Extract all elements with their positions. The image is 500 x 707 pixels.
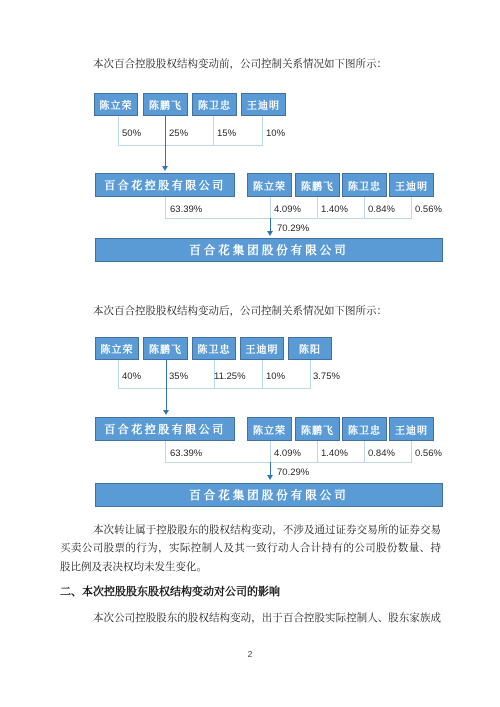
connector-line (165, 218, 412, 219)
ownership-pct-label: 25% (169, 128, 188, 139)
connector-line (270, 462, 271, 476)
intro-before-text: 本次百合控股股权结构变动前，公司控制关系情况如下图所示： (60, 57, 441, 72)
org-box-direct-holder-4: 王迪明 (389, 417, 434, 441)
ownership-pct-label: 10% (266, 371, 285, 382)
ownership-pct-label: 0.84% (368, 448, 395, 459)
org-box-shareholder-4: 王迪明 (240, 337, 284, 360)
ownership-pct-label: 4.09% (274, 448, 301, 459)
connector-line (165, 116, 166, 167)
org-box-shareholder-3: 陈卫忠 (192, 337, 236, 360)
connector-line (118, 388, 311, 389)
document-page: 本次百合控股股权结构变动前，公司控制关系情况如下图所示： 陈立荣 陈鹏飞 陈卫忠… (0, 0, 500, 707)
org-box-shareholder-2: 陈鹏飞 (143, 93, 188, 116)
ownership-pct-label: 1.40% (321, 448, 348, 459)
connector-line (364, 441, 365, 462)
paragraph-line: 本次公司控股股东的股权结构变动，出于百合控股实际控制人、股东家族成 (60, 611, 441, 626)
down-arrow-icon (162, 166, 168, 171)
org-box-holding-company: 百合花控股有限公司 (95, 173, 235, 197)
connector-line (118, 360, 119, 388)
paragraph-line: 买卖公司股票的行为，实际控制人及其一致行动人合计持有的公司股份数量、持 (60, 541, 441, 556)
org-box-direct-holder-2: 陈鹏飞 (295, 173, 340, 197)
connector-line (270, 218, 271, 232)
ownership-pct-label: 0.56% (415, 204, 442, 215)
ownership-pct-label: 63.39% (170, 204, 202, 215)
connector-line (262, 360, 263, 388)
ownership-pct-label: 0.84% (368, 204, 395, 215)
total-pct-label: 70.29% (277, 467, 309, 478)
org-box-listed-company: 百合花集团股份有限公司 (95, 238, 443, 262)
connector-line (310, 360, 311, 388)
intro-after-text: 本次百合控股股权结构变动后，公司控制关系情况如下图所示： (60, 304, 441, 319)
ownership-pct-label: 4.09% (274, 204, 301, 215)
ownership-pct-label: 40% (122, 371, 141, 382)
connector-line (270, 197, 271, 218)
org-box-listed-company: 百合花集团股份有限公司 (95, 483, 443, 507)
ownership-pct-label: 11.25% (214, 371, 246, 382)
ownership-pct-label: 3.75% (313, 371, 340, 382)
ownership-pct-label: 50% (122, 128, 141, 139)
org-box-direct-holder-3: 陈卫忠 (342, 417, 387, 441)
connector-line (118, 145, 263, 146)
connector-line (166, 360, 167, 411)
connector-line (317, 197, 318, 218)
org-box-direct-holder-2: 陈鹏飞 (295, 417, 340, 441)
org-box-shareholder-5: 陈阳 (288, 337, 332, 360)
org-box-shareholder-1: 陈立荣 (94, 93, 138, 116)
connector-line (165, 462, 412, 463)
down-arrow-icon (267, 475, 273, 480)
ownership-pct-label: 35% (169, 371, 188, 382)
total-pct-label: 70.29% (277, 223, 309, 234)
paragraph-line: 本次转让属于控股股东的股权结构变动，不涉及通过证券交易所的证券交易 (60, 523, 441, 538)
org-box-direct-holder-3: 陈卫忠 (342, 173, 387, 197)
ownership-pct-label: 15% (217, 128, 236, 139)
org-box-direct-holder-1: 陈立荣 (247, 417, 292, 441)
connector-line (165, 441, 166, 462)
page-number: 2 (0, 649, 500, 659)
down-arrow-icon (163, 410, 169, 415)
org-box-shareholder-1: 陈立荣 (95, 337, 139, 360)
org-box-direct-holder-4: 王迪明 (389, 173, 434, 197)
connector-line (317, 441, 318, 462)
connector-line (213, 116, 214, 145)
org-box-shareholder-4: 王迪明 (241, 93, 286, 116)
ownership-pct-label: 63.39% (170, 448, 202, 459)
connector-line (270, 441, 271, 462)
section-heading: 二、本次控股股东股权结构变动对公司的影响 (60, 585, 441, 600)
ownership-pct-label: 0.56% (415, 448, 442, 459)
org-box-shareholder-3: 陈卫忠 (192, 93, 237, 116)
connector-line (262, 116, 263, 145)
connector-line (411, 197, 412, 218)
connector-line (165, 197, 166, 218)
org-box-holding-company: 百合花控股有限公司 (95, 417, 235, 441)
ownership-pct-label: 1.40% (321, 204, 348, 215)
paragraph-line: 股比例及表决权均未发生变化。 (60, 560, 441, 575)
connector-line (364, 197, 365, 218)
connector-line (118, 116, 119, 145)
ownership-pct-label: 10% (266, 128, 285, 139)
org-box-shareholder-2: 陈鹏飞 (143, 337, 188, 360)
down-arrow-icon (267, 231, 273, 236)
org-box-direct-holder-1: 陈立荣 (247, 173, 292, 197)
connector-line (411, 441, 412, 462)
